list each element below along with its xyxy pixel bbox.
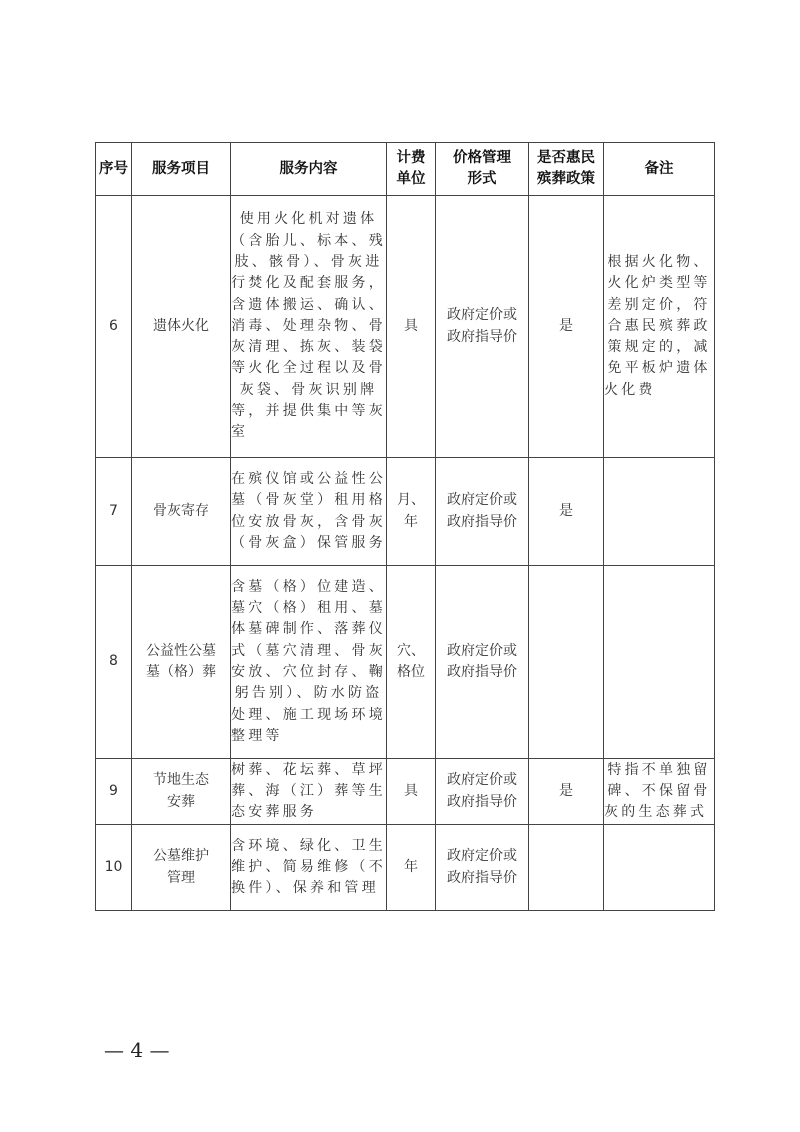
header-service-item: 服务项目 [132, 143, 231, 196]
header-price-form: 价格管理形式 [436, 143, 529, 196]
price-form: 政府定价或政府指导价 [436, 566, 529, 759]
price-form: 政府定价或政府指导价 [436, 196, 529, 458]
service-content: 含环境、绿化、卫生维护、简易维修（不换件）、保养和管理 [231, 825, 387, 911]
price-form: 政府定价或政府指导价 [436, 825, 529, 911]
billing-unit: 具 [387, 759, 436, 825]
remark [604, 825, 715, 911]
page-number: — 4 — [104, 1038, 169, 1062]
row-number: 7 [96, 458, 132, 566]
table-row: 7 骨灰寄存 在殡仪馆或公益性公墓（骨灰堂）租用格位安放骨灰，含骨灰（骨灰盒）保… [96, 458, 715, 566]
table-row: 9 节地生态安葬 树葬、花坛葬、草坪葬、海（江）葬等生态安葬服务 具 政府定价或… [96, 759, 715, 825]
fee-schedule-table: 序号 服务项目 服务内容 计费单位 价格管理形式 是否惠民殡葬政策 备注 6 遗… [95, 142, 715, 911]
remark: 根据火化物、火化炉类型等差别定价，符合惠民殡葬政策规定的，减免平板炉遗体火化费 [604, 196, 715, 458]
price-form: 政府定价或政府指导价 [436, 458, 529, 566]
service-item: 节地生态安葬 [132, 759, 231, 825]
table-row: 8 公益性公墓墓（格）葬 含墓（格）位建造、墓穴（格）租用、墓体墓碑制作、落葬仪… [96, 566, 715, 759]
service-item: 遗体火化 [132, 196, 231, 458]
billing-unit: 年 [387, 825, 436, 911]
service-item: 公益性公墓墓（格）葬 [132, 566, 231, 759]
service-content: 树葬、花坛葬、草坪葬、海（江）葬等生态安葬服务 [231, 759, 387, 825]
header-seq: 序号 [96, 143, 132, 196]
service-content: 在殡仪馆或公益性公墓（骨灰堂）租用格位安放骨灰，含骨灰（骨灰盒）保管服务 [231, 458, 387, 566]
table-header-row: 序号 服务项目 服务内容 计费单位 价格管理形式 是否惠民殡葬政策 备注 [96, 143, 715, 196]
price-form: 政府定价或政府指导价 [436, 759, 529, 825]
policy-flag: 是 [529, 196, 604, 458]
header-remark: 备注 [604, 143, 715, 196]
header-billing-unit: 计费单位 [387, 143, 436, 196]
row-number: 8 [96, 566, 132, 759]
policy-flag: 是 [529, 759, 604, 825]
service-item: 骨灰寄存 [132, 458, 231, 566]
service-content: 含墓（格）位建造、墓穴（格）租用、墓体墓碑制作、落葬仪式（墓穴清理、骨灰安放、穴… [231, 566, 387, 759]
remark [604, 566, 715, 759]
policy-flag [529, 825, 604, 911]
table-row: 10 公墓维护管理 含环境、绿化、卫生维护、简易维修（不换件）、保养和管理 年 … [96, 825, 715, 911]
service-content: 使用火化机对遗体（含胎儿、标本、残肢、骸骨）、骨灰进行焚化及配套服务，含遗体搬运… [231, 196, 387, 458]
remark: 特指不单独留碑、不保留骨灰的生态葬式 [604, 759, 715, 825]
billing-unit: 具 [387, 196, 436, 458]
row-number: 10 [96, 825, 132, 911]
policy-flag: 是 [529, 458, 604, 566]
row-number: 9 [96, 759, 132, 825]
row-number: 6 [96, 196, 132, 458]
table-row: 6 遗体火化 使用火化机对遗体（含胎儿、标本、残肢、骸骨）、骨灰进行焚化及配套服… [96, 196, 715, 458]
billing-unit: 穴、格位 [387, 566, 436, 759]
billing-unit: 月、年 [387, 458, 436, 566]
remark [604, 458, 715, 566]
policy-flag [529, 566, 604, 759]
header-service-content: 服务内容 [231, 143, 387, 196]
header-policy: 是否惠民殡葬政策 [529, 143, 604, 196]
service-item: 公墓维护管理 [132, 825, 231, 911]
